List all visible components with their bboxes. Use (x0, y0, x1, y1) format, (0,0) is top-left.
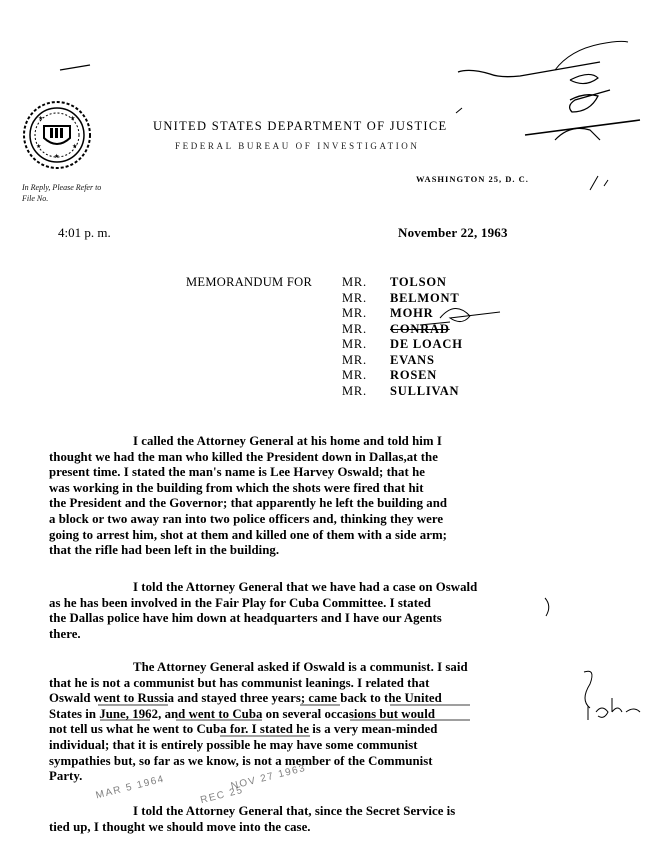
paragraph-4: I told the Attorney General that, since … (49, 804, 609, 835)
recipient-prefix: MR. (342, 306, 390, 322)
memo-time: 4:01 p. m. (58, 225, 111, 241)
recipient-prefix: MR. (342, 353, 390, 369)
recipient-item: MR.CONRAD (342, 322, 463, 338)
text-line: thought we had the man who killed the Pr… (49, 450, 609, 466)
recipient-prefix: MR. (342, 337, 390, 353)
text-line: that the rifle had been left in the buil… (49, 543, 609, 559)
reply-reference-note: In Reply, Please Refer to File No. (22, 182, 101, 204)
recipient-prefix: MR. (342, 291, 390, 307)
memo-label: MEMORANDUM FOR (186, 275, 312, 290)
svg-text:★: ★ (70, 115, 75, 122)
text-line: individual; that it is entirely possible… (49, 738, 609, 754)
text-line: I told the Attorney General that, since … (49, 804, 609, 820)
text-line: the Dallas police have him down at headq… (49, 611, 609, 627)
text-line: sympathies but, so far as we know, is no… (49, 754, 609, 770)
text-line: I told the Attorney General that we have… (49, 580, 609, 596)
text-line: as he has been involved in the Fair Play… (49, 596, 609, 612)
text-line: going to arrest him, shot at them and ki… (49, 528, 609, 544)
paragraph-1: I called the Attorney General at his hom… (49, 434, 609, 559)
text-line: there. (49, 627, 609, 643)
memo-page: ★ ★ ★ ★ ★ In Reply, Please Refer to File… (0, 0, 648, 852)
recipient-item: MR.EVANS (342, 353, 463, 369)
text-line: not tell us what he went to Cuba for. I … (49, 722, 609, 738)
recipient-name: MOHR (390, 306, 433, 320)
recipient-name: TOLSON (390, 275, 447, 289)
recipient-name: DE LOACH (390, 337, 463, 351)
department-heading: UNITED STATES DEPARTMENT OF JUSTICE (153, 119, 447, 134)
text-line: Oswald went to Russia and stayed three y… (49, 691, 609, 707)
recipient-item: MR.TOLSON (342, 275, 463, 291)
text-line: The Attorney General asked if Oswald is … (49, 660, 609, 676)
file-number-label: File No. (22, 193, 101, 204)
text-line: a block or two away ran into two police … (49, 512, 609, 528)
location-line: WASHINGTON 25, D. C. (416, 174, 529, 184)
recipient-item: MR.MOHR (342, 306, 463, 322)
recipient-prefix: MR. (342, 275, 390, 291)
text-line: the President and the Governor; that app… (49, 496, 609, 512)
text-line: was working in the building from which t… (49, 481, 609, 497)
paragraph-2: I told the Attorney General that we have… (49, 580, 609, 642)
text-line: that he is not a communist but has commu… (49, 676, 609, 692)
recipient-prefix: MR. (342, 384, 390, 400)
text-line: tied up, I thought we should move into t… (49, 820, 609, 836)
text-line: States in June, 1962, and went to Cuba o… (49, 707, 609, 723)
fbi-seal-icon: ★ ★ ★ ★ ★ (22, 100, 92, 170)
memo-date: November 22, 1963 (398, 225, 508, 241)
recipient-prefix: MR. (342, 368, 390, 384)
recipient-item: MR.SULLIVAN (342, 384, 463, 400)
recipient-item: MR.BELMONT (342, 291, 463, 307)
text-line: present time. I stated the man's name is… (49, 465, 609, 481)
recipient-item: MR.DE LOACH (342, 337, 463, 353)
svg-text:★: ★ (36, 143, 41, 150)
reply-note-line: In Reply, Please Refer to (22, 182, 101, 193)
recipient-name: CONRAD (390, 322, 450, 336)
svg-text:★: ★ (72, 143, 77, 150)
recipient-name: ROSEN (390, 368, 437, 382)
recipient-list: MR.TOLSONMR.BELMONTMR.MOHRMR.CONRADMR.DE… (342, 275, 463, 399)
paragraph-3: The Attorney General asked if Oswald is … (49, 660, 609, 785)
recipient-name: BELMONT (390, 291, 460, 305)
svg-text:★: ★ (38, 115, 43, 122)
bureau-heading: FEDERAL BUREAU OF INVESTIGATION (175, 141, 420, 151)
recipient-item: MR.ROSEN (342, 368, 463, 384)
recipient-prefix: MR. (342, 322, 390, 338)
svg-text:★: ★ (54, 153, 59, 160)
recipient-name: SULLIVAN (390, 384, 459, 398)
recipient-name: EVANS (390, 353, 435, 367)
text-line: I called the Attorney General at his hom… (49, 434, 609, 450)
